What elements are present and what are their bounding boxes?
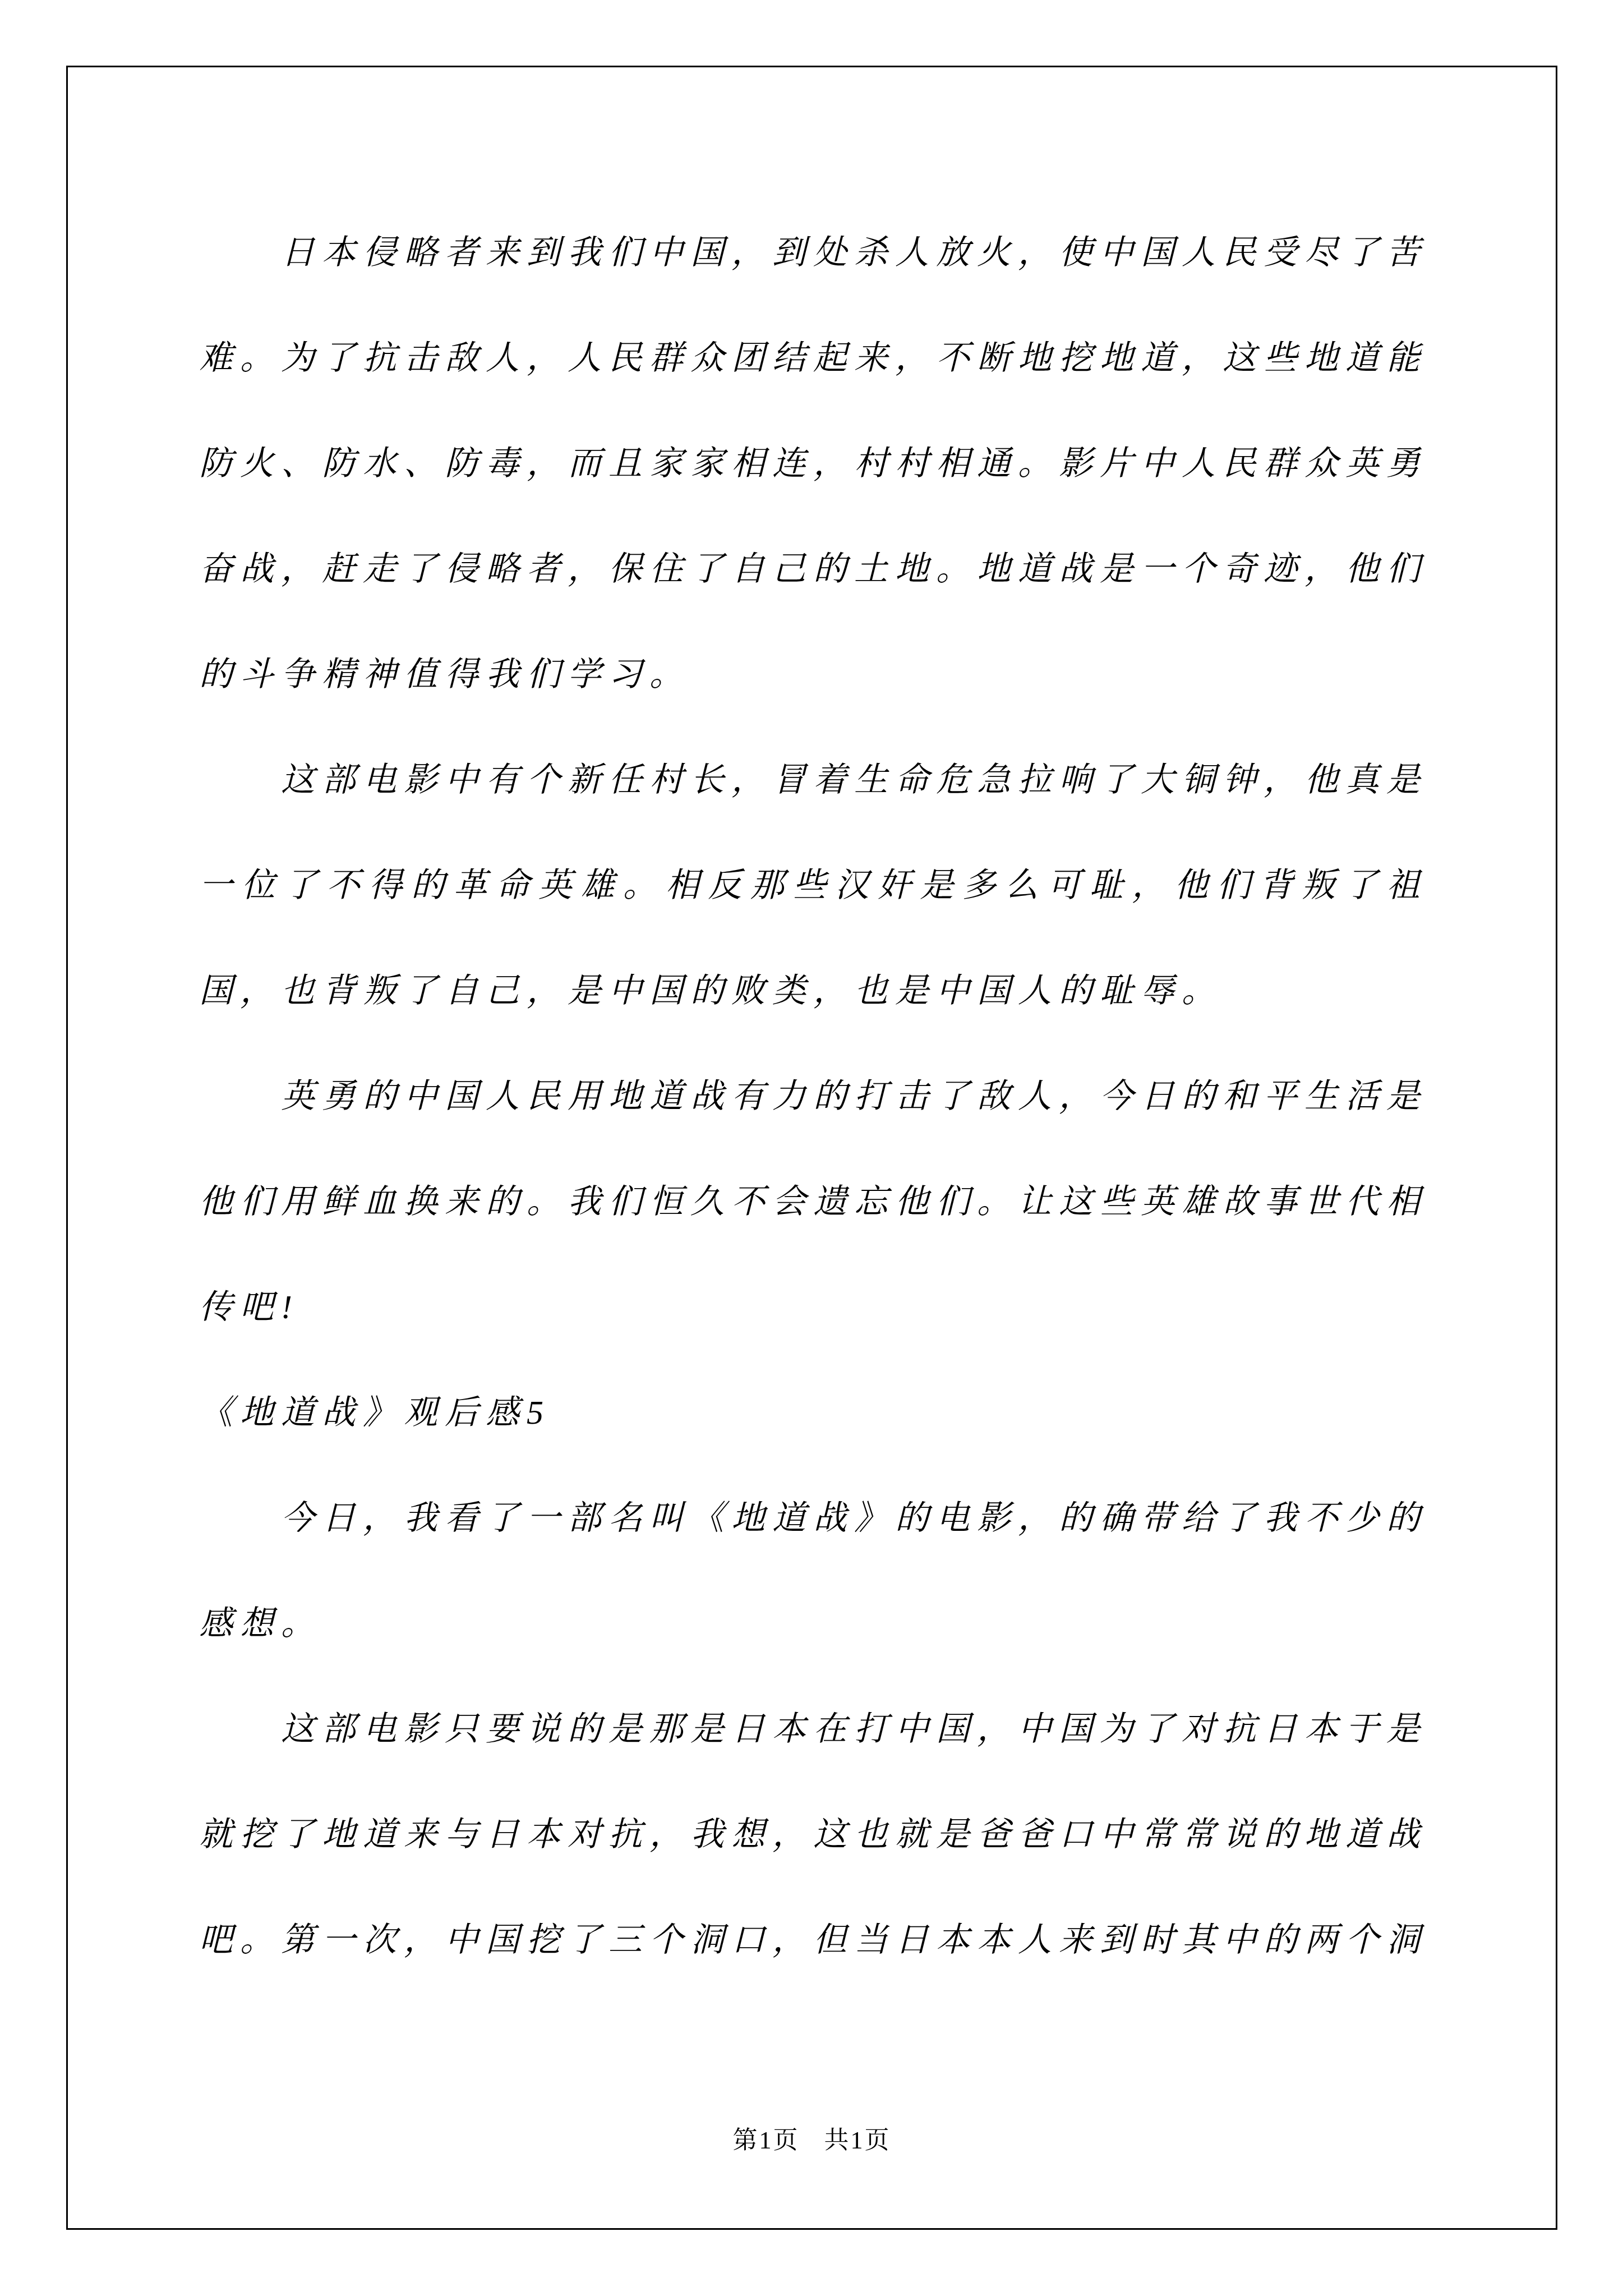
paragraph: 日本侵略者来到我们中国，到处杀人放火，使中国人民受尽了苦难。为了抗击敌人，人民群… bbox=[199, 200, 1427, 727]
footer-page-number: 第1页 bbox=[733, 2127, 800, 2154]
document-page: { "page": { "background": "#ffffff", "bo… bbox=[0, 0, 1623, 2296]
footer-page-total: 共1页 bbox=[824, 2127, 891, 2154]
paragraph: 今日，我看了一部名叫《地道战》的电影，的确带给了我不少的感想。 bbox=[199, 1465, 1427, 1676]
document-body: 日本侵略者来到我们中国，到处杀人放火，使中国人民受尽了苦难。为了抗击敌人，人民群… bbox=[199, 200, 1427, 1993]
paragraph: 这部电影中有个新任村长，冒着生命危急拉响了大铜钟，他真是一位了不得的革命英雄。相… bbox=[199, 727, 1427, 1043]
section-heading: 《地道战》观后感5 bbox=[199, 1360, 1427, 1465]
paragraph: 这部电影只要说的是那是日本在打中国，中国为了对抗日本于是就挖了地道来与日本对抗，… bbox=[199, 1676, 1427, 1993]
paragraph: 英勇的中国人民用地道战有力的打击了敌人，今日的和平生活是他们用鲜血换来的。我们恒… bbox=[199, 1043, 1427, 1360]
page-footer: 第1页共1页 bbox=[66, 2125, 1557, 2156]
